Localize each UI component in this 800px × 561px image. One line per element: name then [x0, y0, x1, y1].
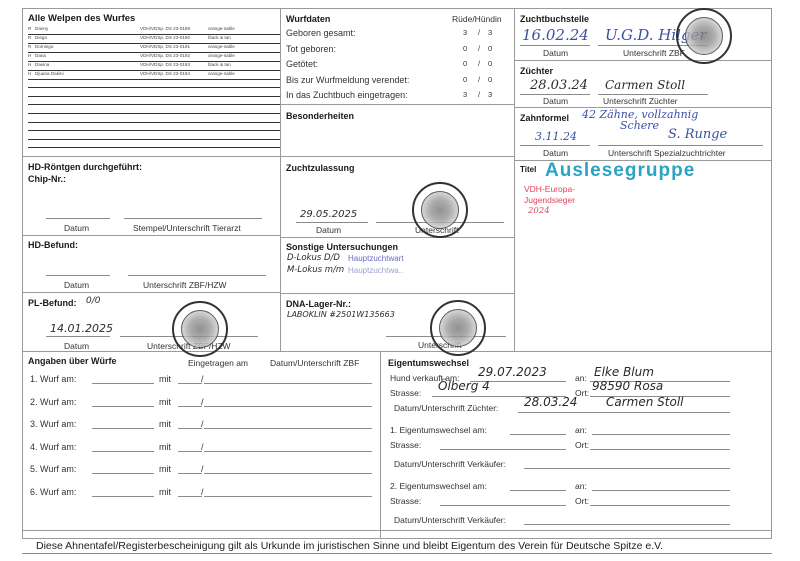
litter-male-count: 3 — [463, 90, 467, 99]
ownership-change-city-field[interactable] — [590, 505, 730, 506]
puppy-color: orange-sable — [208, 26, 235, 31]
hd-result-date-label: Datum — [64, 280, 89, 290]
ownership-title: Eigentumswechsel — [388, 358, 469, 368]
puppy-row: RDannyVDH/VDSp. DS 23-0189orange-sable — [28, 26, 280, 35]
hd-result-title: HD-Befund: — [28, 240, 78, 250]
litter-row-label: 1. Wurf am: — [30, 374, 76, 384]
litter-count-field[interactable] — [178, 406, 202, 407]
teeth-signature: S. Runge — [668, 127, 727, 142]
puppy-sex: R — [28, 44, 31, 49]
litter-date-field[interactable] — [92, 428, 154, 429]
litter-row-label: Getötet: — [286, 59, 318, 69]
divider — [22, 292, 280, 293]
ownership-change-street-field[interactable] — [440, 449, 566, 450]
ownership-change-street-field[interactable] — [440, 505, 566, 506]
studbook-sig-label: Unterschrift ZBF — [623, 48, 685, 58]
breeder-signature: Carmen Stoll — [605, 78, 685, 92]
divider — [22, 235, 280, 236]
ownership-change-seller-field[interactable] — [524, 468, 730, 469]
empty-row — [28, 139, 280, 140]
ownership-change-street-label: Strasse: — [390, 496, 421, 506]
ownership-change-seller-label: Datum/Unterschrift Verkäufer: — [394, 459, 506, 469]
chip-number-label: Chip-Nr.: — [28, 174, 66, 184]
ownership-change-city-field[interactable] — [590, 449, 730, 450]
litter-row-label: 4. Wurf am: — [30, 442, 76, 452]
puppy-name: Danny — [35, 26, 48, 31]
litters-col-entered: Eingetragen am — [188, 358, 248, 368]
litter-mit-label: mit — [159, 397, 171, 407]
title-label: Titel — [520, 165, 536, 174]
breeder-date: 28.03.24 — [530, 78, 588, 93]
ownership-change-to-field[interactable] — [592, 434, 730, 435]
ownership-change-date-field[interactable] — [510, 434, 566, 435]
puppy-reg: VDH/VDSp. DS 23-0192 — [140, 53, 190, 58]
teeth-sig-label: Unterschrift Spezialzuchtrichter — [608, 148, 726, 158]
pl-result-date-label: Datum — [64, 341, 89, 351]
puppy-color: orange-sable — [208, 71, 235, 76]
litter-signature-field[interactable] — [204, 406, 372, 407]
litter-female-count: 0 — [488, 59, 492, 68]
puppy-row: RDiegoVDH/VDSp. DS 23-0190black & tan — [28, 35, 280, 44]
puppy-row: HDanaVDH/VDSp. DS 23-0192orange-sable — [28, 53, 280, 62]
puppy-name: Dana — [35, 53, 46, 58]
litter-mit-label: mit — [159, 374, 171, 384]
city-value: 98590 Rosa — [592, 379, 663, 393]
ownership-change-label: 1. Eigentumswechsel am: — [390, 425, 487, 435]
underline — [598, 145, 763, 146]
ownership-change-to-label: an: — [575, 481, 587, 491]
hd-xray-date-label: Datum — [64, 223, 89, 233]
puppy-color: black & tan — [208, 35, 231, 40]
ownership-change-city-label: Ort: — [575, 496, 589, 506]
litter-signature-field[interactable] — [204, 473, 372, 474]
puppies-title: Alle Welpen des Wurfes — [28, 13, 135, 24]
title-stamp: Auslesegruppe — [545, 160, 695, 182]
puppy-reg: VDH/VDSp. DS 23-0189 — [140, 26, 190, 31]
underline — [46, 275, 110, 276]
breeder-sig-label: Unterschrift Züchter — [603, 96, 678, 106]
underline — [128, 275, 266, 276]
divider-col1 — [280, 8, 281, 351]
underline — [520, 145, 590, 146]
litter-mit-label: mit — [159, 442, 171, 452]
litters-col-sig: Datum/Unterschrift ZBF — [270, 358, 359, 368]
empty-row — [28, 104, 280, 105]
pl-result-title: PL-Befund: — [28, 298, 77, 308]
dna-title: DNA-Lager-Nr.: — [286, 299, 351, 309]
breeder-sig-label: Datum/Unterschrift Züchter: — [394, 403, 498, 413]
litter-signature-field[interactable] — [204, 451, 372, 452]
divider — [280, 293, 514, 294]
pl-result-date: 14.01.2025 — [50, 322, 113, 335]
divider — [280, 237, 514, 238]
puppy-name: Djuana Dakini — [35, 71, 64, 76]
breeder-sig-date: 28.03.24 — [524, 395, 577, 409]
puppy-sex: H — [28, 71, 31, 76]
teeth-title: Zahnformel — [520, 113, 569, 123]
puppy-color: orange-sable — [208, 44, 235, 49]
puppy-reg: VDH/VDSp. DS 23-0191 — [140, 44, 190, 49]
litter-count-field[interactable] — [178, 496, 202, 497]
breeder-date-label: Datum — [543, 96, 568, 106]
underline — [520, 45, 590, 46]
litter-row-label: 6. Wurf am: — [30, 487, 76, 497]
hd-result-sig-label: Unterschrift ZBF/HZW — [143, 280, 227, 290]
special-title: Besonderheiten — [286, 111, 354, 121]
ownership-change-date-field[interactable] — [510, 490, 566, 491]
street-label: Strasse: — [390, 388, 421, 398]
empty-row — [28, 113, 280, 114]
puppy-color: black & tan — [208, 62, 231, 67]
ownership-change-city-label: Ort: — [575, 440, 589, 450]
underline — [296, 222, 368, 223]
litter-male-count: 3 — [463, 28, 467, 37]
breeding-approval-date-label: Datum — [316, 225, 341, 235]
litter-signature-field[interactable] — [204, 383, 372, 384]
title-red-line-3: 2024 — [528, 206, 550, 216]
studbook-date: 16.02.24 — [522, 26, 589, 44]
underline — [46, 218, 110, 219]
divider — [280, 156, 514, 157]
litter-signature-field[interactable] — [204, 428, 372, 429]
litter-mit-label: mit — [159, 464, 171, 474]
ownership-change-street-label: Strasse: — [390, 440, 421, 450]
empty-row — [28, 87, 280, 88]
litter-signature-field[interactable] — [204, 496, 372, 497]
litter-date-field[interactable] — [92, 496, 154, 497]
other-test-1-hand: D-Lokus D/D — [287, 253, 340, 263]
ownership-change-to-label: an: — [575, 425, 587, 435]
litter-count-field[interactable] — [178, 428, 202, 429]
litter-male-count: 0 — [463, 44, 467, 53]
puppy-sex: R — [28, 35, 31, 40]
underline — [22, 553, 772, 554]
other-tests-title: Sonstige Untersuchungen — [286, 242, 398, 252]
empty-row — [28, 147, 280, 148]
litter-sep: / — [478, 59, 480, 68]
underline — [46, 336, 110, 337]
title-red-line-2: Jugendsieger — [524, 195, 575, 205]
litter-male-count: 0 — [463, 75, 467, 84]
litters-title: Angaben über Würfe — [28, 356, 117, 366]
litter-count-field[interactable] — [178, 473, 202, 474]
hd-xray-sig-label: Stempel/Unterschrift Tierarzt — [133, 223, 241, 233]
divider — [22, 156, 280, 157]
litter-row-label: In das Zuchtbuch eingetragen: — [286, 90, 408, 100]
empty-row — [28, 122, 280, 123]
ownership-change-to-field[interactable] — [592, 490, 730, 491]
breeder-sig-name: Carmen Stoll — [606, 395, 684, 409]
puppy-row: RDomingoVDH/VDSp. DS 23-0191orange-sable — [28, 44, 280, 53]
litter-row-label: 5. Wurf am: — [30, 464, 76, 474]
puppy-row: HDjuana DakiniVDH/VDSp. DS 23-0194orange… — [28, 71, 280, 80]
litter-date-field[interactable] — [92, 473, 154, 474]
association-stamp — [676, 8, 732, 64]
street-value: Ölberg 4 — [438, 379, 490, 393]
puppy-reg: VDH/VDSp. DS 23-0190 — [140, 35, 190, 40]
puppy-row: HDavinaVDH/VDSp. DS 23-0193black & tan — [28, 62, 280, 71]
divider — [22, 530, 772, 531]
teeth-note-2: Schere — [620, 119, 659, 132]
footer-text: Diese Ahnentafel/Registerbescheinigung g… — [36, 540, 663, 552]
underline — [518, 412, 730, 413]
litter-sep: / — [478, 28, 480, 37]
litter-count-field[interactable] — [178, 451, 202, 452]
litter-row-label: 2. Wurf am: — [30, 397, 76, 407]
litter-date-field[interactable] — [92, 406, 154, 407]
studbook-date-label: Datum — [543, 48, 568, 58]
litter-row-label: Bis zur Wurfmeldung verendet: — [286, 75, 409, 85]
divider — [22, 351, 772, 352]
litter-female-count: 0 — [488, 44, 492, 53]
empty-row — [28, 130, 280, 131]
divider — [514, 60, 772, 61]
ownership-change-seller-label: Datum/Unterschrift Verkäufer: — [394, 515, 506, 525]
other-test-2-stamp: Hauptzuchtwa.. — [348, 266, 403, 275]
puppy-name: Diego — [35, 35, 47, 40]
puppy-name: Davina — [35, 62, 49, 67]
litter-female-count: 3 — [488, 28, 492, 37]
puppy-sex: H — [28, 53, 31, 58]
underline — [520, 94, 590, 95]
divider — [280, 104, 514, 105]
teeth-date: 3.11.24 — [535, 130, 577, 143]
litter-col-header: Rüde/Hündin — [452, 14, 502, 24]
underline — [598, 94, 708, 95]
breeder-title: Züchter — [520, 66, 553, 76]
sold-date: 29.07.2023 — [478, 365, 547, 379]
studbook-title: Zuchtbuchstelle — [520, 14, 589, 24]
dna-value: LABOKLIN #2501W135663 — [287, 310, 395, 319]
litter-male-count: 0 — [463, 59, 467, 68]
association-stamp — [430, 300, 486, 356]
litter-mit-label: mit — [159, 419, 171, 429]
title-red-line-1: VDH-Europa- — [524, 184, 575, 194]
to-label: an: — [575, 373, 587, 383]
puppy-sex: R — [28, 26, 31, 31]
breeding-approval-date: 29.05.2025 — [300, 209, 357, 220]
litter-row-label: 3. Wurf am: — [30, 419, 76, 429]
pl-result-value: 0/0 — [86, 296, 100, 306]
association-stamp — [412, 182, 468, 238]
ownership-change-seller-field[interactable] — [524, 524, 730, 525]
association-stamp — [172, 301, 228, 357]
litter-date-field[interactable] — [92, 451, 154, 452]
ownership-change-label: 2. Eigentumswechsel am: — [390, 481, 487, 491]
puppy-name: Domingo — [35, 44, 53, 49]
divider-bottom — [380, 351, 381, 539]
puppy-color: orange-sable — [208, 53, 235, 58]
litter-row-label: Tot geboren: — [286, 44, 336, 54]
to-value: Elke Blum — [594, 365, 654, 379]
puppy-reg: VDH/VDSp. DS 23-0193 — [140, 62, 190, 67]
other-test-1-stamp: Hauptzuchtwart — [348, 254, 404, 263]
teeth-date-label: Datum — [543, 148, 568, 158]
litter-sep: / — [478, 44, 480, 53]
breeding-approval-title: Zuchtzulassung — [286, 163, 355, 173]
litter-mit-label: mit — [159, 487, 171, 497]
litter-female-count: 0 — [488, 75, 492, 84]
puppy-sex: H — [28, 62, 31, 67]
litter-title: Wurfdaten — [286, 14, 330, 24]
litter-female-count: 3 — [488, 90, 492, 99]
litter-sep: / — [478, 75, 480, 84]
other-test-2-hand: M-Lokus m/m — [287, 265, 344, 275]
underline — [124, 218, 262, 219]
litter-count-field[interactable] — [178, 383, 202, 384]
litter-date-field[interactable] — [92, 383, 154, 384]
litter-sep: / — [478, 90, 480, 99]
empty-row — [28, 96, 280, 97]
litter-row-label: Geboren gesamt: — [286, 28, 356, 38]
hd-xray-title: HD-Röntgen durchgeführt: — [28, 162, 142, 172]
puppy-reg: VDH/VDSp. DS 23-0194 — [140, 71, 190, 76]
